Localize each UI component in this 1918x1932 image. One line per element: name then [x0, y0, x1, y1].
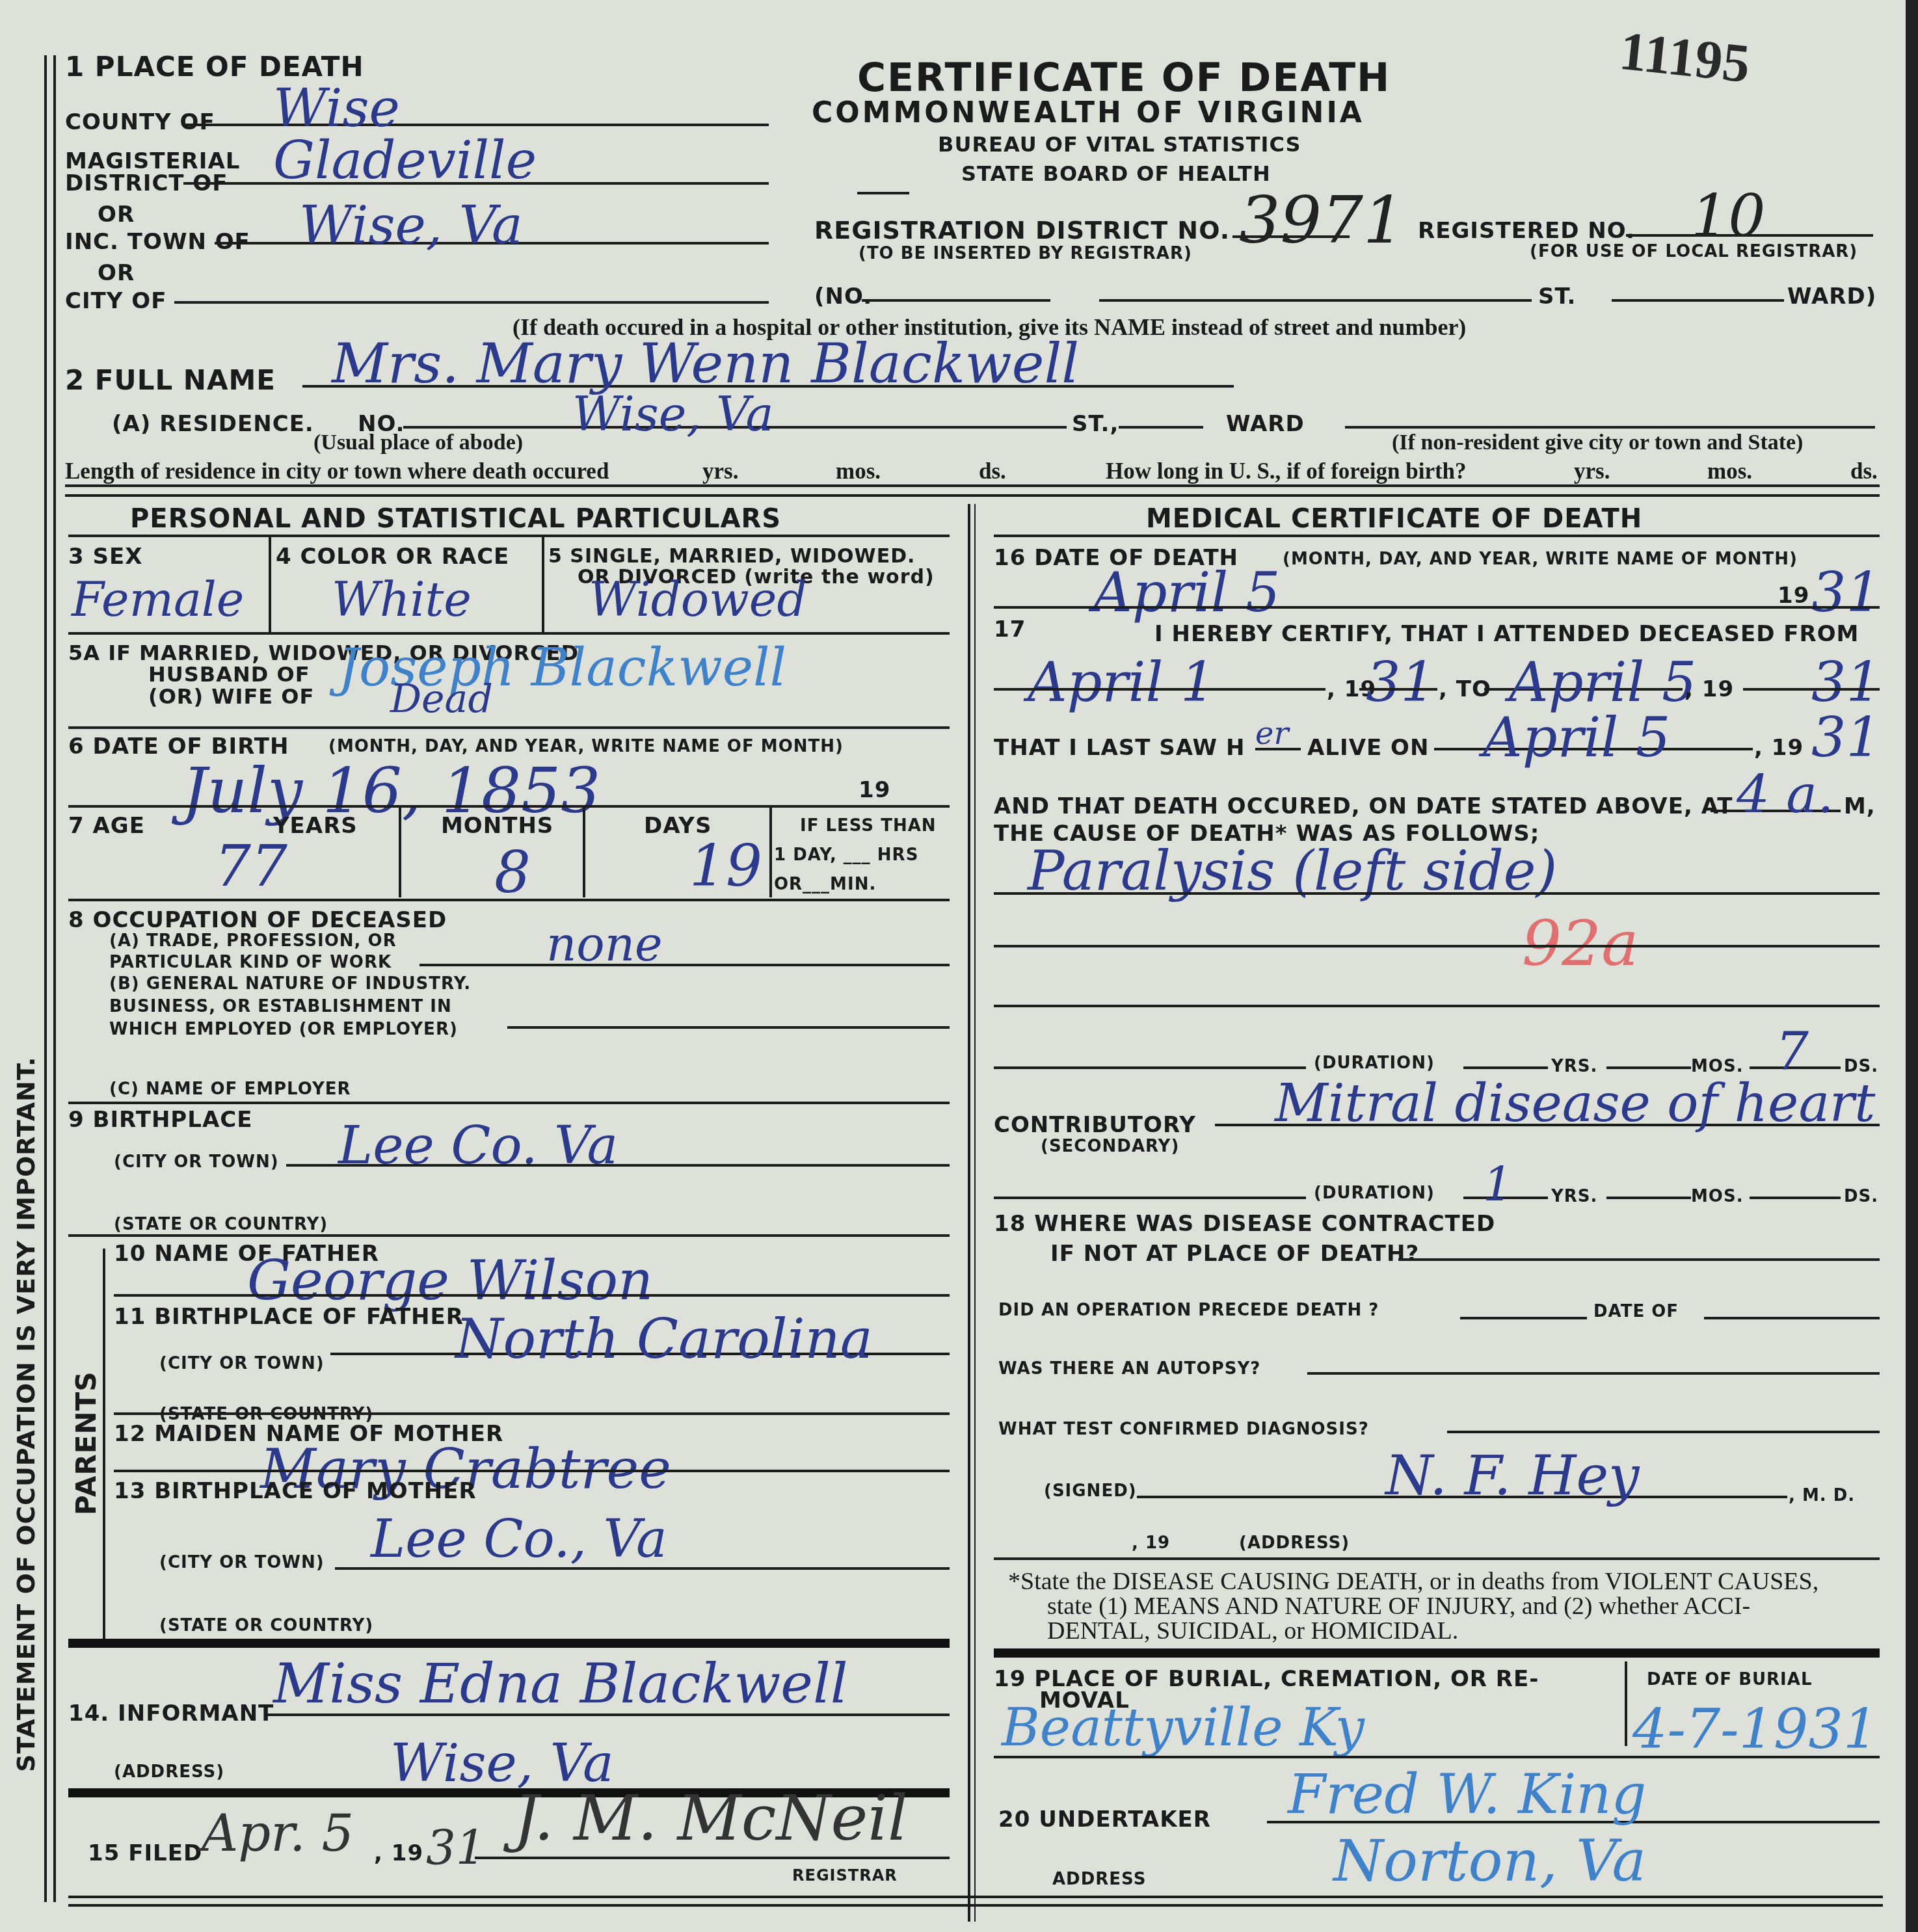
less-than-1: IF LESS THAN — [800, 816, 937, 836]
operation-date-line — [1704, 1317, 1880, 1319]
informant-label: 14. INFORMANT — [68, 1700, 274, 1727]
reg-district-note: (TO BE INSERTED BY REGISTRAR) — [859, 244, 1192, 263]
mother-bp-label: 13 BIRTHPLACE OF MOTHER — [114, 1478, 477, 1504]
father-bp-city: (CITY OR TOWN) — [159, 1354, 325, 1373]
undertaker-address-label: ADDRESS — [1052, 1870, 1146, 1889]
left-border-inner — [53, 55, 56, 1902]
reg-district-label: REGISTRATION DISTRICT NO. — [814, 216, 1230, 245]
occured-m: M, — [1844, 793, 1876, 819]
dod-line — [994, 606, 1880, 609]
duration-2-ds-label: DS. — [1844, 1187, 1878, 1206]
or-label-1: OR — [98, 202, 135, 228]
registrar-label: REGISTRAR — [792, 1866, 898, 1885]
mother-bp-city: (CITY OR TOWN) — [159, 1553, 325, 1572]
race-value: White — [332, 572, 472, 627]
burial-date-label: DATE OF BURIAL — [1647, 1670, 1812, 1689]
operation-label: DID AN OPERATION PRECEDE DEATH ? — [998, 1301, 1379, 1320]
registered-no-label: REGISTERED NO. — [1418, 218, 1635, 244]
scan-edge — [1906, 0, 1918, 1932]
marital-label-1: 5 SINGLE, MARRIED, WIDOWED. — [548, 545, 915, 568]
residence-label: (A) RESIDENCE. — [112, 411, 314, 437]
certificate-title: CERTIFICATE OF DEATH — [857, 55, 1391, 101]
full-name-value: Mrs. Mary Wenn Blackwell — [332, 332, 1079, 395]
occupation-b2: BUSINESS, OR ESTABLISHMENT IN — [109, 997, 452, 1016]
duration-2-yrs-value: 1 — [1483, 1158, 1513, 1212]
birthplace-value: Lee Co. Va — [338, 1115, 618, 1176]
bottom-rule-2 — [68, 1904, 1883, 1907]
cause-line-1 — [994, 892, 1880, 895]
occupation-a1: (A) TRADE, PROFESSION, OR — [109, 931, 397, 951]
town-value: Wise, Va — [299, 195, 523, 256]
dod-value: April 5 — [1093, 561, 1280, 624]
less-than-2: 1 DAY, ___ HRS — [774, 845, 918, 865]
length-ds: ds. — [979, 458, 1006, 484]
last-saw-her-line — [1255, 748, 1301, 750]
no-label: (NO. — [814, 284, 872, 310]
registered-no-note: (FOR USE OF LOCAL REGISTRAR) — [1530, 242, 1858, 261]
alive-on-label: ALIVE ON — [1307, 735, 1429, 761]
occupation-b-line — [507, 1026, 950, 1029]
ward-label: WARD) — [1787, 284, 1876, 310]
signature-rule — [994, 1557, 1880, 1560]
date-of-label: DATE OF — [1593, 1302, 1679, 1321]
medical-heading: MEDICAL CERTIFICATE OF DEATH — [1146, 504, 1642, 534]
signed-value: N. F. Hey — [1385, 1444, 1640, 1507]
undertaker-value: Fred W. King — [1288, 1762, 1646, 1826]
spouse-note: Dead — [390, 676, 493, 722]
certify-label: I HEREBY CERTIFY, THAT I ATTENDED DECEAS… — [1154, 621, 1859, 647]
duration-1-label: (DURATION) — [1314, 1053, 1435, 1073]
signature-address-label: (ADDRESS) — [1239, 1533, 1350, 1553]
dod-year: 31 — [1811, 561, 1881, 624]
duration-2-ds-line — [1750, 1197, 1841, 1199]
length-of-residence-label: Length of residence in city or town wher… — [65, 458, 609, 484]
city-line — [174, 301, 769, 304]
city-label: CITY OF — [65, 288, 166, 314]
occured-time: 4 a. — [1737, 764, 1833, 825]
center-divider — [968, 504, 970, 1922]
test-label: WHAT TEST CONFIRMED DIAGNOSIS? — [998, 1420, 1369, 1439]
duration-1-mos-line — [1606, 1066, 1691, 1069]
row-rule-3 — [68, 632, 950, 635]
length-mos: mos. — [836, 458, 881, 484]
contracted-line — [1398, 1258, 1880, 1261]
mother-name-line — [114, 1470, 950, 1472]
occured-label: AND THAT DEATH OCCURED, ON DATE STATED A… — [994, 793, 1733, 819]
duration-1-line — [994, 1066, 1306, 1069]
father-bp-value: North Carolina — [455, 1307, 873, 1371]
father-name-value: George Wilson — [247, 1249, 653, 1312]
filed-value: Apr. 5 — [202, 1805, 354, 1863]
residence-ward-line — [1345, 426, 1875, 429]
birthplace-state-label: (STATE OR COUNTRY) — [114, 1215, 328, 1234]
row-rule-5a — [68, 726, 950, 729]
mother-bp-value: Lee Co., Va — [371, 1509, 667, 1569]
autopsy-label: WAS THERE AN AUTOPSY? — [998, 1359, 1260, 1379]
parents-side-label: PARENTS — [70, 1371, 102, 1515]
registrar-line — [475, 1857, 950, 1859]
occupation-a2: PARTICULAR KIND OF WORK — [109, 953, 392, 972]
father-name-line — [114, 1294, 950, 1297]
attended-to-value: April 5 — [1509, 650, 1696, 714]
burial-divider — [1625, 1661, 1627, 1746]
birthplace-label: 9 BIRTHPLACE — [68, 1107, 252, 1133]
signature-19: , 19 — [1132, 1533, 1170, 1553]
days-value: 19 — [689, 832, 762, 899]
undertaker-label: 20 UNDERTAKER — [998, 1806, 1211, 1833]
age-div-2 — [583, 808, 585, 897]
duration-1-yrs-line — [1463, 1066, 1548, 1069]
to-19: , 19 — [1685, 676, 1734, 702]
residence-st-line — [1119, 426, 1203, 429]
months-label: MONTHS — [441, 813, 553, 839]
section-rule-top — [65, 484, 1880, 487]
to-year: 31 — [1811, 650, 1881, 714]
board-label: STATE BOARD OF HEALTH — [961, 161, 1271, 186]
burial-line — [994, 1756, 1880, 1758]
last-saw-her: er — [1255, 715, 1288, 752]
medical-rule — [994, 535, 1880, 537]
months-value: 8 — [494, 839, 531, 906]
or-label-2: OR — [98, 260, 135, 286]
last-saw-19: , 19 — [1754, 735, 1804, 761]
bureau-label: BUREAU OF VITAL STATISTICS — [938, 132, 1301, 157]
filed-year: 31 — [426, 1821, 486, 1875]
ward-line — [1612, 299, 1784, 302]
length-yrs: yrs. — [702, 458, 738, 484]
left-border-outer — [44, 55, 47, 1902]
informant-address-label: (ADDRESS) — [114, 1762, 224, 1782]
contributory-value: Mitral disease of heart — [1275, 1073, 1875, 1133]
father-bp-label: 11 BIRTHPLACE OF FATHER — [114, 1304, 464, 1330]
full-name-label: 2 FULL NAME — [65, 364, 276, 396]
age-label: 7 AGE — [68, 813, 145, 839]
county-label: COUNTY OF — [65, 109, 215, 135]
dod-19: 19 — [1778, 583, 1809, 609]
occupation-c: (C) NAME OF EMPLOYER — [109, 1079, 351, 1099]
occupation-b3: WHICH EMPLOYED (OR EMPLOYER) — [109, 1020, 458, 1039]
st-label: ST. — [1538, 284, 1576, 310]
county-line — [183, 124, 769, 126]
mother-bp-state: (STATE OR COUNTRY) — [159, 1616, 373, 1635]
parents-rule — [68, 1639, 950, 1648]
duration-2-mos-line — [1606, 1197, 1691, 1199]
registrar-signature: J. M. McNeil — [514, 1782, 908, 1855]
personal-rule — [68, 535, 950, 537]
foreign-mos: mos. — [1707, 458, 1752, 484]
burial-date-value: 4-7-1931 — [1632, 1697, 1878, 1761]
duration-2-label: (DURATION) — [1314, 1184, 1435, 1203]
dob-sub-label: (MONTH, DAY, AND YEAR, WRITE NAME OF MON… — [328, 737, 844, 756]
row-rule-6 — [68, 805, 950, 808]
residence-ward-label: WARD — [1226, 411, 1305, 437]
last-saw-label: THAT I LAST SAW H — [994, 735, 1245, 761]
spouse-label-2: HUSBAND OF — [148, 662, 310, 687]
age-div-1 — [399, 808, 401, 897]
section-rule-top-2 — [65, 494, 1880, 497]
row-rule-9 — [68, 1234, 950, 1237]
signed-label: (SIGNED) — [1044, 1481, 1137, 1501]
dob-19: 19 — [859, 777, 890, 803]
years-value: 77 — [215, 832, 287, 899]
filed-label: 15 FILED — [88, 1840, 202, 1866]
less-than-3: OR___MIN. — [774, 875, 876, 894]
autopsy-line — [1307, 1372, 1880, 1375]
serial-number: 11195 — [1616, 20, 1753, 96]
age-div-3 — [769, 808, 772, 897]
to-year-line — [1743, 688, 1880, 691]
occupation-b1: (B) GENERAL NATURE OF INDUSTRY. — [109, 974, 471, 994]
sex-label: 3 SEX — [68, 544, 142, 570]
duration-2-yrs-label: YRS. — [1551, 1187, 1597, 1206]
contracted-label-1: 18 WHERE WAS DISEASE CONTRACTED — [994, 1211, 1495, 1237]
cause-line-2 — [994, 945, 1880, 947]
footnote-3: DENTAL, SUICIDAL, or HOMICIDAL. — [1047, 1617, 1458, 1645]
race-label: 4 COLOR OR RACE — [276, 544, 509, 570]
test-line — [1447, 1431, 1880, 1433]
magisterial-value: Gladeville — [273, 130, 537, 191]
from-year: 31 — [1366, 650, 1435, 714]
race-divider — [542, 537, 544, 635]
row-rule-7 — [68, 899, 950, 901]
md-label: , M. D. — [1789, 1486, 1855, 1505]
title-rule — [857, 192, 909, 194]
certify-num: 17 — [994, 616, 1026, 642]
from-year-line — [1359, 688, 1437, 691]
occupation-a-line — [420, 964, 950, 966]
occupation-side-note: STATEMENT OF OCCUPATION IS VERY IMPORTAN… — [12, 1056, 40, 1772]
duration-2-line — [994, 1197, 1306, 1199]
burial-rule — [994, 1648, 1880, 1658]
street-line — [1099, 299, 1532, 302]
filed-19: , 19 — [374, 1840, 423, 1866]
foreign-birth-label: How long in U. S., if of foreign birth? — [1106, 458, 1467, 484]
undertaker-address-value: Norton, Va — [1333, 1827, 1646, 1894]
dod-sub-label: (MONTH, DAY, AND YEAR, WRITE NAME OF MON… — [1283, 549, 1798, 569]
cause-code: 92a — [1522, 907, 1638, 980]
contracted-label-2: IF NOT AT PLACE OF DEATH? — [1050, 1241, 1419, 1267]
registered-no-value: 10 — [1691, 182, 1766, 250]
row-rule-8 — [68, 1102, 950, 1104]
foreign-ds: ds. — [1850, 458, 1878, 484]
burial-place-value: Beattyville Ky — [1002, 1697, 1365, 1758]
marital-value: Widowed — [589, 572, 807, 627]
occupation-label: 8 OCCUPATION OF DECEASED — [68, 907, 447, 933]
foreign-yrs: yrs. — [1574, 458, 1610, 484]
last-saw-year: 31 — [1811, 706, 1881, 769]
reg-district-value: 3971 — [1239, 182, 1405, 258]
sex-value: Female — [72, 572, 244, 627]
birthplace-city-label: (CITY OR TOWN) — [114, 1152, 279, 1172]
to-label: , TO — [1439, 676, 1491, 702]
attended-from-value: April 1 — [1028, 650, 1215, 714]
contributory-sub: (SECONDARY) — [1041, 1137, 1179, 1156]
informant-value: Miss Edna Blackwell — [273, 1652, 848, 1715]
residence-st-label: ST., — [1072, 411, 1119, 437]
contributory-label: CONTRIBUTORY — [994, 1112, 1196, 1138]
personal-heading: PERSONAL AND STATISTICAL PARTICULARS — [130, 504, 781, 534]
spouse-label-3: (OR) WIFE OF — [148, 684, 314, 709]
parents-bracket — [103, 1249, 105, 1645]
duration-2-mos-label: MOS. — [1691, 1187, 1744, 1206]
bottom-rule-1 — [68, 1896, 1883, 1898]
no-line — [862, 299, 1050, 302]
commonwealth-title: COMMONWEALTH OF VIRGINIA — [812, 96, 1365, 129]
from-line — [994, 688, 1325, 691]
cause-line-3 — [994, 1005, 1880, 1007]
center-divider-2 — [974, 504, 976, 1922]
nonresident-note: (If non-resident give city or town and S… — [1392, 430, 1803, 455]
sex-divider — [269, 537, 271, 635]
operation-line — [1460, 1317, 1587, 1319]
residence-value: Wise, Va — [572, 387, 773, 442]
abode-note: (Usual place of abode) — [313, 430, 523, 455]
last-saw-value: April 5 — [1483, 706, 1670, 769]
father-bp-rule — [114, 1412, 950, 1415]
occupation-value: none — [546, 917, 663, 972]
